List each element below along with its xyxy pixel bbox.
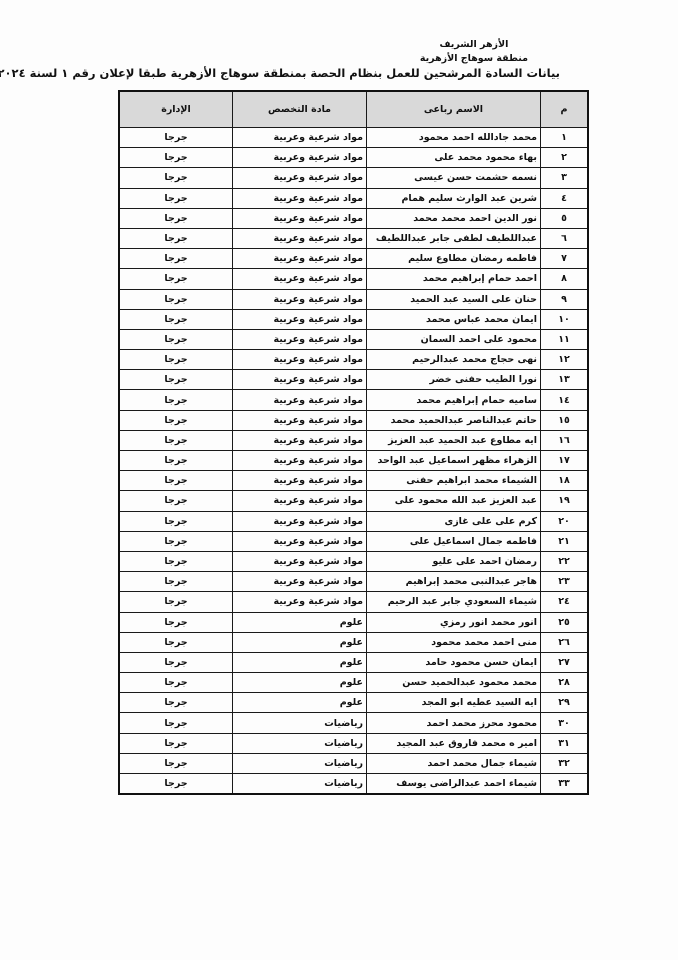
candidate-name: ايه مطاوع عبد الحميد عبد العزيز	[367, 430, 541, 450]
candidate-name: الشيماء محمد ابراهيم حفنى	[367, 471, 541, 491]
table-row: ٣٢شيماء جمال محمد احمدرياضياتجرجا	[119, 753, 588, 773]
specialization: مواد شرعية وعربية	[233, 471, 367, 491]
specialization: رياضيات	[233, 774, 367, 795]
candidate-name: ساميه حمام إبراهيم محمد	[367, 390, 541, 410]
row-number: ٣٠	[541, 713, 589, 733]
candidate-name: نسمه حشمت حسن عيسى	[367, 168, 541, 188]
row-number: ٣١	[541, 733, 589, 753]
specialization: مواد شرعية وعربية	[233, 128, 367, 148]
specialization: مواد شرعية وعربية	[233, 511, 367, 531]
table-row: ٢٤شيماء السعودي جابر عبد الرحيممواد شرعي…	[119, 592, 588, 612]
administration: جرجا	[119, 511, 233, 531]
row-number: ٤	[541, 188, 589, 208]
document-title: بيانات السادة المرشحين للعمل بنظام الحصة…	[118, 66, 560, 80]
administration: جرجا	[119, 592, 233, 612]
administration: جرجا	[119, 390, 233, 410]
specialization: مواد شرعية وعربية	[233, 410, 367, 430]
table-row: ١٢نهى حجاج محمد عبدالرحيممواد شرعية وعرب…	[119, 350, 588, 370]
administration: جرجا	[119, 350, 233, 370]
row-number: ١١	[541, 329, 589, 349]
specialization: رياضيات	[233, 733, 367, 753]
candidate-name: كرم على على غازى	[367, 511, 541, 531]
table-row: ٧فاطمه رمضان مطاوع سليممواد شرعية وعربية…	[119, 249, 588, 269]
specialization: مواد شرعية وعربية	[233, 430, 367, 450]
specialization: مواد شرعية وعربية	[233, 208, 367, 228]
specialization: مواد شرعية وعربية	[233, 309, 367, 329]
specialization: مواد شرعية وعربية	[233, 592, 367, 612]
table-row: ٣٣شيماء احمد عبدالراضى يوسفرياضياتجرجا	[119, 774, 588, 795]
candidate-name: نهى حجاج محمد عبدالرحيم	[367, 350, 541, 370]
candidate-name: عبداللطيف لطفى جابر عبداللطيف	[367, 228, 541, 248]
administration: جرجا	[119, 228, 233, 248]
candidate-name: شيماء جمال محمد احمد	[367, 753, 541, 773]
administration: جرجا	[119, 410, 233, 430]
row-number: ١٥	[541, 410, 589, 430]
table-body: ١محمد جادالله احمد محمودمواد شرعية وعربي…	[119, 128, 588, 795]
row-number: ٣	[541, 168, 589, 188]
candidates-table: م الاسم رباعى مادة التخصص الإدارة ١محمد …	[118, 90, 589, 795]
administration: جرجا	[119, 471, 233, 491]
candidate-name: شيماء احمد عبدالراضى يوسف	[367, 774, 541, 795]
administration: جرجا	[119, 713, 233, 733]
specialization: مواد شرعية وعربية	[233, 451, 367, 471]
table-row: ٤شرين عبد الوارث سليم هماممواد شرعية وعر…	[119, 188, 588, 208]
column-header-administration: الإدارة	[119, 91, 233, 128]
administration: جرجا	[119, 693, 233, 713]
table-row: ٩حنان على السيد عبد الحميدمواد شرعية وعر…	[119, 289, 588, 309]
candidate-name: شيماء السعودي جابر عبد الرحيم	[367, 592, 541, 612]
specialization: مواد شرعية وعربية	[233, 572, 367, 592]
column-header-name: الاسم رباعى	[367, 91, 541, 128]
specialization: مواد شرعية وعربية	[233, 491, 367, 511]
row-number: ٢١	[541, 531, 589, 551]
table-row: ١٠ايمان محمد عباس محمدمواد شرعية وعربيةج…	[119, 309, 588, 329]
row-number: ٢٤	[541, 592, 589, 612]
specialization: علوم	[233, 652, 367, 672]
row-number: ٢٣	[541, 572, 589, 592]
specialization: مواد شرعية وعربية	[233, 390, 367, 410]
table-row: ١٤ساميه حمام إبراهيم محمدمواد شرعية وعرب…	[119, 390, 588, 410]
row-number: ١٣	[541, 370, 589, 390]
row-number: ١٦	[541, 430, 589, 450]
row-number: ٢٦	[541, 632, 589, 652]
org-region: منطقة سوهاج الأزهرية	[420, 52, 528, 66]
table-row: ١١محمود على احمد السمانمواد شرعية وعربية…	[119, 329, 588, 349]
row-number: ٣٣	[541, 774, 589, 795]
specialization: مواد شرعية وعربية	[233, 329, 367, 349]
table-row: ٢٦منى احمد محمد محمودعلومجرجا	[119, 632, 588, 652]
specialization: مواد شرعية وعربية	[233, 148, 367, 168]
candidate-name: فاطمه رمضان مطاوع سليم	[367, 249, 541, 269]
row-number: ٢	[541, 148, 589, 168]
administration: جرجا	[119, 652, 233, 672]
table-row: ٦عبداللطيف لطفى جابر عبداللطيفمواد شرعية…	[119, 228, 588, 248]
administration: جرجا	[119, 430, 233, 450]
administration: جرجا	[119, 370, 233, 390]
specialization: رياضيات	[233, 713, 367, 733]
table-row: ١٣نورا الطيب حفنى خضرمواد شرعية وعربيةجر…	[119, 370, 588, 390]
row-number: ١٩	[541, 491, 589, 511]
candidate-name: محمود على احمد السمان	[367, 329, 541, 349]
specialization: مواد شرعية وعربية	[233, 168, 367, 188]
row-number: ١٤	[541, 390, 589, 410]
specialization: علوم	[233, 612, 367, 632]
specialization: مواد شرعية وعربية	[233, 551, 367, 571]
candidate-name: هاجر عبدالنبى محمد إبراهيم	[367, 572, 541, 592]
candidate-name: حنان على السيد عبد الحميد	[367, 289, 541, 309]
row-number: ١٨	[541, 471, 589, 491]
table-row: ١٥حاتم عبدالناصر عبدالحميد محمدمواد شرعي…	[119, 410, 588, 430]
administration: جرجا	[119, 572, 233, 592]
row-number: ١٠	[541, 309, 589, 329]
table-row: ٥نور الدين احمد محمد محمدمواد شرعية وعرب…	[119, 208, 588, 228]
administration: جرجا	[119, 632, 233, 652]
specialization: علوم	[233, 673, 367, 693]
row-number: ٧	[541, 249, 589, 269]
administration: جرجا	[119, 733, 233, 753]
table-row: ٣٠محمود محرز محمد احمدرياضياتجرجا	[119, 713, 588, 733]
row-number: ٦	[541, 228, 589, 248]
candidate-name: ايمان محمد عباس محمد	[367, 309, 541, 329]
table-header-row: م الاسم رباعى مادة التخصص الإدارة	[119, 91, 588, 128]
row-number: ٥	[541, 208, 589, 228]
candidate-name: انور محمد انور رمزي	[367, 612, 541, 632]
table-row: ٢٥انور محمد انور رمزيعلومجرجا	[119, 612, 588, 632]
table-row: ٢٨محمد محمود عبدالحميد حسنعلومجرجا	[119, 673, 588, 693]
administration: جرجا	[119, 249, 233, 269]
candidate-name: بهاء محمود محمد على	[367, 148, 541, 168]
row-number: ٨	[541, 269, 589, 289]
administration: جرجا	[119, 309, 233, 329]
candidate-name: احمد حمام إبراهيم محمد	[367, 269, 541, 289]
administration: جرجا	[119, 774, 233, 795]
row-number: ٢٥	[541, 612, 589, 632]
table-row: ٣١امير ه محمد فاروق عبد المجيدرياضياتجرج…	[119, 733, 588, 753]
candidate-name: نورا الطيب حفنى خضر	[367, 370, 541, 390]
specialization: مواد شرعية وعربية	[233, 350, 367, 370]
specialization: مواد شرعية وعربية	[233, 228, 367, 248]
table-row: ١٦ايه مطاوع عبد الحميد عبد العزيزمواد شر…	[119, 430, 588, 450]
table-row: ٢٢رمضان احمد على عليومواد شرعية وعربيةجر…	[119, 551, 588, 571]
table-row: ١٧الزهراء مظهر اسماعيل عبد الواحدمواد شر…	[119, 451, 588, 471]
specialization: مواد شرعية وعربية	[233, 289, 367, 309]
table-row: ٢٣هاجر عبدالنبى محمد إبراهيممواد شرعية و…	[119, 572, 588, 592]
administration: جرجا	[119, 148, 233, 168]
administration: جرجا	[119, 451, 233, 471]
row-number: ٩	[541, 289, 589, 309]
table-row: ٢٩ايه السيد عطيه ابو المجدعلومجرجا	[119, 693, 588, 713]
candidate-name: رمضان احمد على عليو	[367, 551, 541, 571]
specialization: مواد شرعية وعربية	[233, 370, 367, 390]
candidate-name: محمد جادالله احمد محمود	[367, 128, 541, 148]
row-number: ١٢	[541, 350, 589, 370]
administration: جرجا	[119, 128, 233, 148]
administration: جرجا	[119, 612, 233, 632]
specialization: علوم	[233, 632, 367, 652]
administration: جرجا	[119, 329, 233, 349]
candidate-name: عبد العزيز عبد الله محمود على	[367, 491, 541, 511]
candidate-name: محمود محرز محمد احمد	[367, 713, 541, 733]
column-header-specialization: مادة التخصص	[233, 91, 367, 128]
row-number: ٢٨	[541, 673, 589, 693]
specialization: مواد شرعية وعربية	[233, 188, 367, 208]
specialization: رياضيات	[233, 753, 367, 773]
row-number: ٣٢	[541, 753, 589, 773]
administration: جرجا	[119, 188, 233, 208]
candidate-name: نور الدين احمد محمد محمد	[367, 208, 541, 228]
administration: جرجا	[119, 289, 233, 309]
candidate-name: امير ه محمد فاروق عبد المجيد	[367, 733, 541, 753]
candidate-name: شرين عبد الوارث سليم همام	[367, 188, 541, 208]
specialization: مواد شرعية وعربية	[233, 531, 367, 551]
administration: جرجا	[119, 208, 233, 228]
candidate-name: حاتم عبدالناصر عبدالحميد محمد	[367, 410, 541, 430]
document-page: الأزهر الشريف منطقة سوهاج الأزهرية بيانا…	[0, 0, 678, 960]
row-number: ٢٩	[541, 693, 589, 713]
table-row: ٢٧ايمان حسن محمود حامدعلومجرجا	[119, 652, 588, 672]
organization-header: الأزهر الشريف منطقة سوهاج الأزهرية	[420, 38, 528, 66]
column-header-number: م	[541, 91, 589, 128]
administration: جرجا	[119, 753, 233, 773]
table-row: ١محمد جادالله احمد محمودمواد شرعية وعربي…	[119, 128, 588, 148]
specialization: مواد شرعية وعربية	[233, 269, 367, 289]
specialization: مواد شرعية وعربية	[233, 249, 367, 269]
row-number: ٢٢	[541, 551, 589, 571]
table-row: ٣نسمه حشمت حسن عيسىمواد شرعية وعربيةجرجا	[119, 168, 588, 188]
administration: جرجا	[119, 168, 233, 188]
row-number: ٢٧	[541, 652, 589, 672]
row-number: ١	[541, 128, 589, 148]
table-row: ٨احمد حمام إبراهيم محمدمواد شرعية وعربية…	[119, 269, 588, 289]
row-number: ١٧	[541, 451, 589, 471]
candidate-name: الزهراء مظهر اسماعيل عبد الواحد	[367, 451, 541, 471]
table-row: ٢بهاء محمود محمد علىمواد شرعية وعربيةجرج…	[119, 148, 588, 168]
administration: جرجا	[119, 491, 233, 511]
row-number: ٢٠	[541, 511, 589, 531]
org-name: الأزهر الشريف	[420, 38, 528, 52]
candidate-name: ايه السيد عطيه ابو المجد	[367, 693, 541, 713]
table-row: ١٩عبد العزيز عبد الله محمود علىمواد شرعي…	[119, 491, 588, 511]
candidate-name: منى احمد محمد محمود	[367, 632, 541, 652]
administration: جرجا	[119, 551, 233, 571]
administration: جرجا	[119, 673, 233, 693]
candidate-name: فاطمه جمال اسماعيل على	[367, 531, 541, 551]
table-row: ١٨الشيماء محمد ابراهيم حفنىمواد شرعية وع…	[119, 471, 588, 491]
administration: جرجا	[119, 269, 233, 289]
specialization: علوم	[233, 693, 367, 713]
table-row: ٢٠كرم على على غازىمواد شرعية وعربيةجرجا	[119, 511, 588, 531]
administration: جرجا	[119, 531, 233, 551]
candidate-name: محمد محمود عبدالحميد حسن	[367, 673, 541, 693]
table-row: ٢١فاطمه جمال اسماعيل علىمواد شرعية وعربي…	[119, 531, 588, 551]
candidate-name: ايمان حسن محمود حامد	[367, 652, 541, 672]
